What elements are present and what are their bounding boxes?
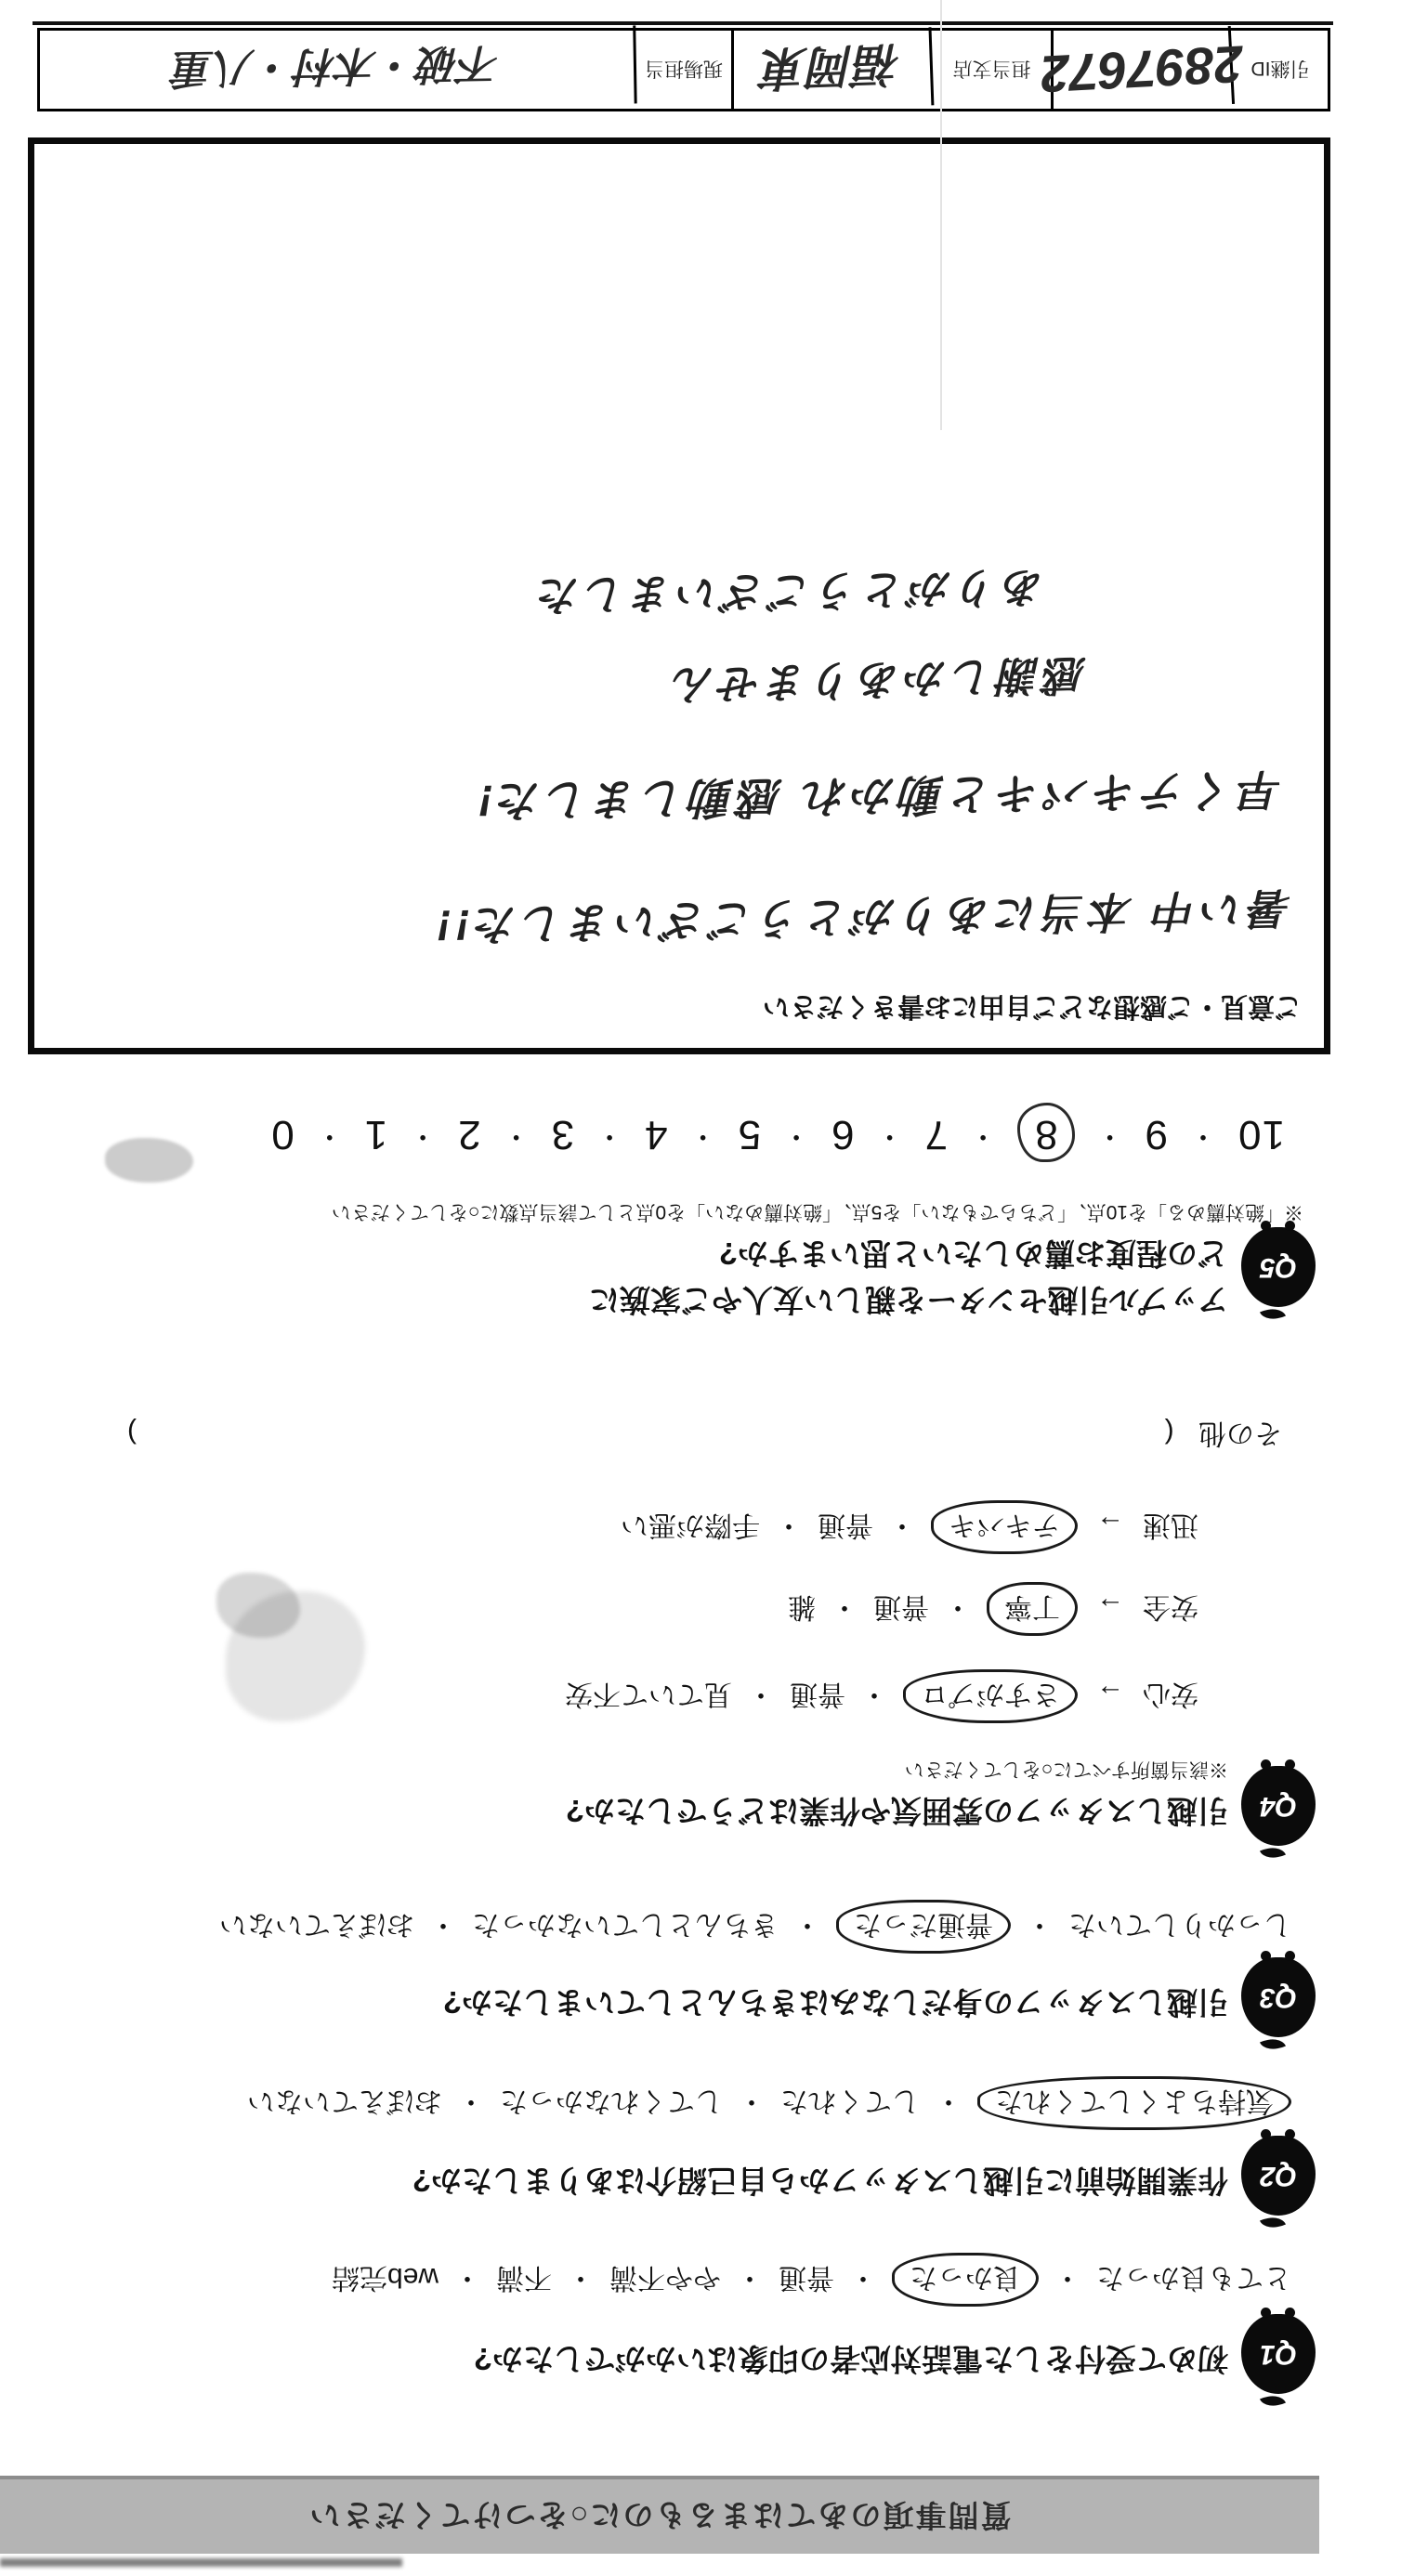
option-separator: ・ [429, 1909, 457, 1940]
option: おぼえていない [247, 2086, 442, 2116]
scale-value: 1 [364, 1112, 387, 1157]
option-separator: ・ [457, 2086, 485, 2116]
paren-close: ) [127, 1418, 137, 1448]
q4-text: 引越しスタッフの雰囲気や作業はどうでしたか? [566, 1791, 1228, 1835]
comment-box-label: ご意見・ご感想などご自由にお書きください [763, 989, 1302, 1027]
option: とても良かった [1096, 2262, 1291, 2293]
option: 丁寧 [1004, 1591, 1060, 1622]
q1-text: 初めて受付をした電話対応者の印象はいかがでしたか? [474, 2339, 1228, 2383]
q5-text-line2: どの程度お薦めしたいと思いますか? [719, 1234, 1228, 1277]
handwritten-comment-line: 早くテキパキと動かれ 感動しました! [474, 762, 1284, 835]
scale-separator: ・ [315, 1120, 344, 1151]
option: 良かった [910, 2262, 1021, 2293]
scale-separator: ・ [408, 1120, 437, 1151]
scale-value: 6 [831, 1112, 854, 1157]
arrow-icon: → [1096, 1591, 1124, 1622]
handover-table: 引継ID 2897672 担当支店 福岡東 現場担当 不破・木村・八重 [37, 28, 1330, 111]
scale-value: 7 [924, 1112, 948, 1157]
option: 雑 [788, 1591, 816, 1622]
selected-option-circle: 気持ちよくしてくれた [977, 2076, 1291, 2130]
q3-badge-label: Q3 [1260, 1981, 1297, 2013]
q2-badge-label: Q2 [1260, 2160, 1297, 2191]
q4-other-field: その他 ( ) [127, 1416, 1282, 1457]
option: しっかりしていた [1068, 1909, 1291, 1940]
selected-option-circle: テキパキ [931, 1500, 1078, 1554]
scale-value: 4 [644, 1112, 667, 1157]
option: 普通 [873, 1591, 929, 1622]
option: テキパキ [949, 1510, 1060, 1540]
row-label: 安全 [1143, 1591, 1198, 1622]
branch-label: 担当支店 [933, 31, 1054, 109]
selected-option-circle: 丁寧 [987, 1582, 1078, 1636]
option-separator: ・ [935, 2086, 962, 2116]
option-separator: ・ [738, 2086, 766, 2116]
scale-separator: ・ [1188, 1120, 1217, 1151]
selected-option-circle: 普通だった [836, 1900, 1011, 1954]
option: 手際が悪い [621, 1510, 760, 1540]
option: 普通 [779, 2262, 834, 2293]
scanned-survey-screenshot: 質問事項のあてはまるものに○をつけてください Q1 初めて受付をした電話対応者の… [0, 0, 1401, 2576]
q5-note: ※「絶対薦める」を10点、「どちらでもない」を5点、「絶対薦めない」を0点として… [332, 1199, 1303, 1227]
scale-separator: ・ [875, 1120, 904, 1151]
q4-badge: Q4 [1241, 1766, 1316, 1846]
arrow-icon: → [1096, 1510, 1124, 1540]
q4-badge-label: Q4 [1260, 1790, 1297, 1822]
scale-separator: ・ [968, 1120, 997, 1151]
option-separator: ・ [860, 1679, 888, 1709]
staff-label: 現場担当 [636, 31, 734, 109]
option-separator: ・ [793, 1909, 821, 1940]
q4-row-anshin: 安心→さすがプロ・普通・見ていて不安 [565, 1669, 1198, 1723]
scan-smudge-artifact [105, 1138, 193, 1183]
paren-open: ( [1165, 1418, 1174, 1448]
option: やや不満 [609, 2262, 721, 2293]
option: さすがプロ [921, 1679, 1060, 1709]
option: きちんとしていなかった [472, 1909, 779, 1940]
option-separator: ・ [849, 2262, 877, 2293]
scale-value: 5 [738, 1112, 761, 1157]
q4-row-jinsoku: 迅速→テキパキ・普通・手際が悪い [621, 1500, 1198, 1554]
scale-separator: ・ [502, 1120, 530, 1151]
handwritten-comment-line: 暑い中 本当にありがとうございました!! [432, 880, 1293, 959]
q2-options: 気持ちよくしてくれた・してくれた・してくれなかった・おぼえていない [247, 2076, 1291, 2130]
selected-option-circle: さすがプロ [903, 1669, 1078, 1723]
scan-smudge-artifact [216, 1573, 300, 1638]
option: 普通 [818, 1510, 873, 1540]
q3-badge: Q3 [1241, 1957, 1316, 2037]
staff-value: 不破・木村・八重 [39, 25, 636, 113]
scale-value: 10 [1237, 1112, 1285, 1157]
handover-id-label: 引継ID [1233, 31, 1328, 109]
survey-sheet: 質問事項のあてはまるものに○をつけてください Q1 初めて受付をした電話対応者の… [0, 0, 1401, 2576]
scale-separator: ・ [688, 1120, 717, 1151]
q5-badge: Q5 [1241, 1227, 1316, 1307]
nps-scale: 10・9・8・7・6・5・4・3・2・1・0 [270, 1103, 1285, 1162]
option-separator: ・ [944, 1591, 972, 1622]
option-separator: ・ [567, 2262, 595, 2293]
scale-separator: ・ [595, 1120, 623, 1151]
q2-badge: Q2 [1241, 2136, 1316, 2216]
comment-box: ご意見・ご感想などご自由にお書きください 暑い中 本当にありがとうございました!… [28, 137, 1330, 1054]
option-separator: ・ [1054, 2262, 1081, 2293]
handwritten-comment-line: ありがとうございました [533, 560, 1045, 630]
scale-value: 9 [1145, 1112, 1168, 1157]
selected-score-circle: 8 [1017, 1103, 1074, 1162]
q4-row-anzen: 安全→丁寧・普通・雑 [788, 1582, 1198, 1636]
scan-streak-artifact [0, 2558, 402, 2567]
option-separator: ・ [888, 1510, 916, 1540]
q1-badge: Q1 [1241, 2314, 1316, 2394]
scan-smudge-artifact [226, 1591, 365, 1721]
q1-badge-label: Q1 [1260, 2338, 1297, 2370]
q5-text-line1: アップル引越センターを親しい友人やご家族に [589, 1280, 1228, 1324]
q5-badge-label: Q5 [1260, 1251, 1297, 1283]
option-separator: ・ [775, 1510, 803, 1540]
q1-options: とても良かった・良かった・普通・やや不満・不満・web完結 [332, 2253, 1291, 2307]
q2-text: 作業開始前に引越しスタッフから自己紹介はありましたか? [412, 2161, 1228, 2204]
option-separator: ・ [747, 1679, 775, 1709]
q3-text: 引越しスタッフの身だしなみはきちんとしていましたか? [443, 1982, 1228, 2026]
option: してくれた [780, 2086, 920, 2116]
option-separator: ・ [1026, 1909, 1054, 1940]
row-label: 安心 [1143, 1679, 1198, 1709]
other-label: その他 [1198, 1418, 1282, 1448]
scale-separator: ・ [1095, 1120, 1124, 1151]
option-separator: ・ [453, 2262, 481, 2293]
option: おぼえていない [219, 1909, 414, 1940]
scale-value: 2 [457, 1112, 480, 1157]
handover-id-value: 2897672 [1052, 26, 1235, 113]
option-separator: ・ [736, 2262, 764, 2293]
branch-value: 福岡東 [733, 27, 935, 111]
option-separator: ・ [831, 1591, 858, 1622]
arrow-icon: → [1096, 1679, 1124, 1709]
option: してくれなかった [500, 2086, 723, 2116]
handwritten-comment-line: 感謝しかありません [668, 647, 1088, 719]
selected-option-circle: 良かった [892, 2253, 1039, 2307]
option: 見ていて不安 [565, 1679, 732, 1709]
q3-options: しっかりしていた・普通だった・きちんとしていなかった・おぼえていない [219, 1900, 1291, 1954]
table-edge-line [33, 21, 1333, 25]
row-label: 迅速 [1143, 1510, 1198, 1540]
scale-value: 3 [551, 1112, 574, 1157]
option: web完結 [332, 2262, 439, 2293]
scale-separator: ・ [781, 1120, 810, 1151]
q4-note: ※該当箇所すべてに○をしてください [905, 1757, 1228, 1785]
option: 普通 [790, 1679, 845, 1709]
option: 気持ちよくしてくれた [995, 2086, 1274, 2116]
scale-value: 0 [270, 1112, 294, 1157]
option: 普通だった [854, 1909, 993, 1940]
instruction-bar: 質問事項のあてはまるものに○をつけてください [0, 2476, 1319, 2554]
scale-value: 8 [1034, 1112, 1057, 1157]
option: 不満 [496, 2262, 552, 2293]
